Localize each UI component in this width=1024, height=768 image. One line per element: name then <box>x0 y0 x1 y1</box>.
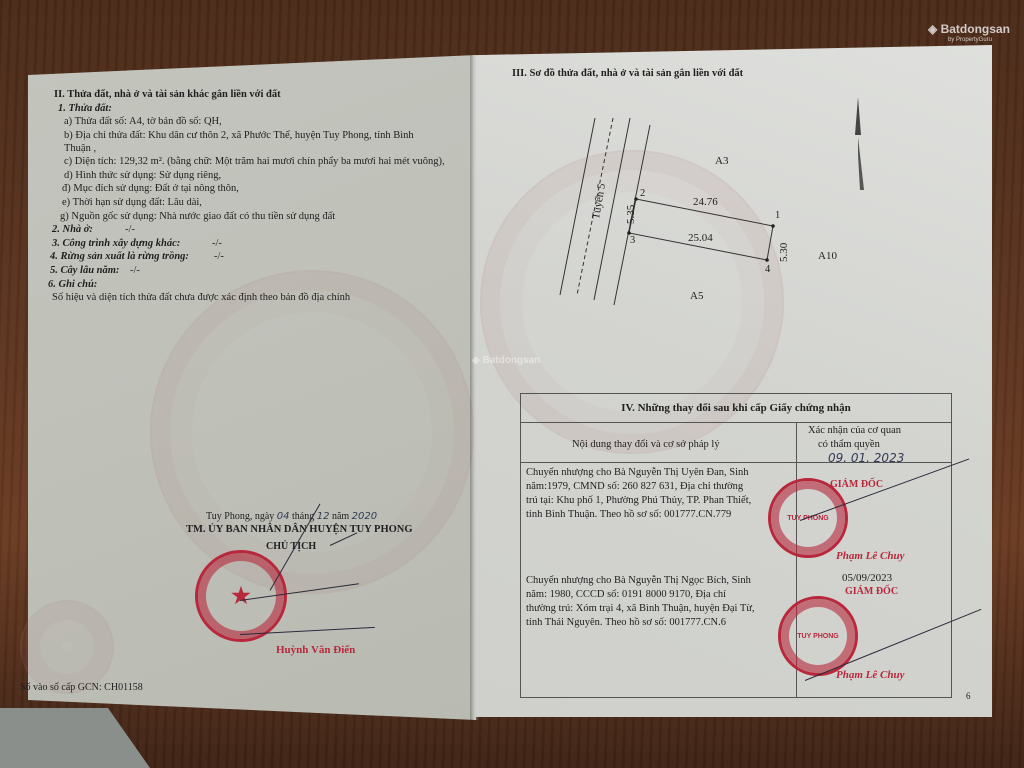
changes-table-title: IV. Những thay đổi sau khi cấp Giấy chứn… <box>521 394 951 423</box>
land-area: c) Diện tích: 129,32 m². (bằng chữ: Một … <box>64 155 445 168</box>
star-emblem-icon: ★ <box>231 583 251 609</box>
change-entry-2-line-3: thường trú: Xóm trại 4, xã Bình Thuận, h… <box>526 602 755 615</box>
land-heading: 1. Thửa đất: <box>58 102 112 115</box>
change-entry-2-line-2: năm: 1980, CCCD số: 0191 8000 9170, Địa … <box>526 588 726 601</box>
change-entry-2-line-1: Chuyển nhượng cho Bà Nguyễn Thị Ngọc Bíc… <box>526 574 751 587</box>
land-usage-term: e) Thời hạn sử dụng đất: Lâu dài, <box>62 196 202 209</box>
watermark-center-text: Batdongsan <box>482 355 540 366</box>
col-confirm-header-l1: Xác nhận của cơ quan <box>808 424 901 437</box>
date-year-label: năm <box>332 511 349 522</box>
neighbor-a3: A3 <box>715 155 728 168</box>
item-forest-value: -/- <box>214 250 224 263</box>
change-entry-2-date: 05/09/2023 <box>842 572 892 585</box>
issuing-authority: TM. ỦY BAN NHÂN DÂN HUYỆN TUY PHONG <box>186 523 413 536</box>
item-house-label: 2. Nhà ở: <box>52 223 93 236</box>
date-prefix: Tuy Phong, ngày <box>206 511 274 522</box>
land-address: b) Địa chỉ thửa đất: Khu dân cư thôn 2, … <box>64 129 414 142</box>
change-entry-2-signer: Phạm Lê Chuy <box>836 669 904 682</box>
watermark-center: ◈ Batdongsan <box>472 355 540 366</box>
watermark-logo-icon: ◈ <box>928 22 937 36</box>
edge-bottom-length: 25.04 <box>688 232 713 245</box>
date-month: 12 <box>317 511 330 522</box>
change-entry-1-signer: Phạm Lê Chuy <box>836 550 904 563</box>
item-house-value: -/- <box>125 223 135 236</box>
watermark-brand-text: Batdongsan <box>941 22 1010 36</box>
col-content-header: Nội dung thay đổi và cơ sở pháp lý <box>572 438 720 451</box>
item-forest-label: 4. Rừng sản xuất là rừng trồng: <box>50 250 189 263</box>
gcn-label: Số vào sổ cấp GCN: <box>20 682 102 693</box>
item-construction-value: -/- <box>212 237 222 250</box>
col-confirm-header-l2: có thẩm quyền <box>818 438 880 451</box>
watermark-brand: ◈ Batdongsan <box>928 22 1010 36</box>
point-4: 4 <box>765 263 770 276</box>
neighbor-a10: A10 <box>818 250 837 263</box>
watermark-sub: by PropertyGuru <box>948 37 992 43</box>
section-ii-title: II. Thửa đất, nhà ở và tài sản khác gắn … <box>54 88 281 101</box>
point-3: 3 <box>630 234 635 247</box>
change-entry-2-line-4: tỉnh Thái Nguyên. Theo hồ sơ số: 001777.… <box>526 616 726 629</box>
land-usage-form: d) Hình thức sử dụng: Sử dụng riêng, <box>64 169 221 182</box>
change-entry-2-title: GIÁM ĐỐC <box>845 585 898 598</box>
note-heading: 6. Ghi chú: <box>48 278 97 291</box>
edge-right-length: 5.30 <box>778 243 791 262</box>
gcn-number-line: Số vào sổ cấp GCN: CH01158 <box>20 681 143 694</box>
land-address-cont: Thuận , <box>64 142 96 155</box>
item-construction-label: 3. Công trình xây dựng khác: <box>52 237 180 250</box>
change-entry-1-line-4: tỉnh Bình Thuận. Theo hồ sơ số: 001777.C… <box>526 508 731 521</box>
point-2: 2 <box>640 187 645 200</box>
item-perennial-value: -/- <box>130 264 140 277</box>
edge-left-length: 5.35 <box>625 205 638 224</box>
change-entry-1-line-2: năm:1979, CMND số: 260 827 631, Địa chỉ … <box>526 480 743 493</box>
change-entry-1-date: 09. 01. 2023 <box>828 452 904 465</box>
signer-name: Huỳnh Văn Điển <box>276 644 355 657</box>
issue-date-line: Tuy Phong, ngày 04 tháng 12 năm 2020 <box>206 510 377 523</box>
section-iii-title: III. Sơ đồ thửa đất, nhà ở và tài sản gắ… <box>512 67 743 80</box>
edge-top-length: 24.76 <box>693 196 718 209</box>
land-parcel-number: a) Thửa đất số: A4, tờ bản đồ số: QH, <box>64 115 222 128</box>
item-perennial-label: 5. Cây lâu năm: <box>50 264 119 277</box>
page-mark: 6 <box>966 690 971 703</box>
date-year: 2020 <box>352 511 377 522</box>
point-1: 1 <box>775 209 780 222</box>
land-origin: g) Nguồn gốc sử dụng: Nhà nước giao đất … <box>60 210 335 223</box>
change-entry-1-line-1: Chuyển nhượng cho Bà Nguyễn Thị Uyên Đan… <box>526 466 748 479</box>
change-entry-1-line-3: trú tại: Khu phố 1, Phường Phú Thủy, TP.… <box>526 494 751 507</box>
watermark-center-logo-icon: ◈ <box>472 355 480 366</box>
date-day: 04 <box>277 511 290 522</box>
gcn-number: CH01158 <box>104 682 143 693</box>
change-entry-1-title: GIÁM ĐỐC <box>830 478 883 491</box>
land-usage-purpose: đ) Mục đích sử dụng: Đất ở tại nông thôn… <box>62 182 239 195</box>
guilloche-pattern-small <box>20 600 114 694</box>
note-text: Số hiệu và diện tích thửa đất chưa được … <box>52 291 350 304</box>
neighbor-a5: A5 <box>690 290 703 303</box>
